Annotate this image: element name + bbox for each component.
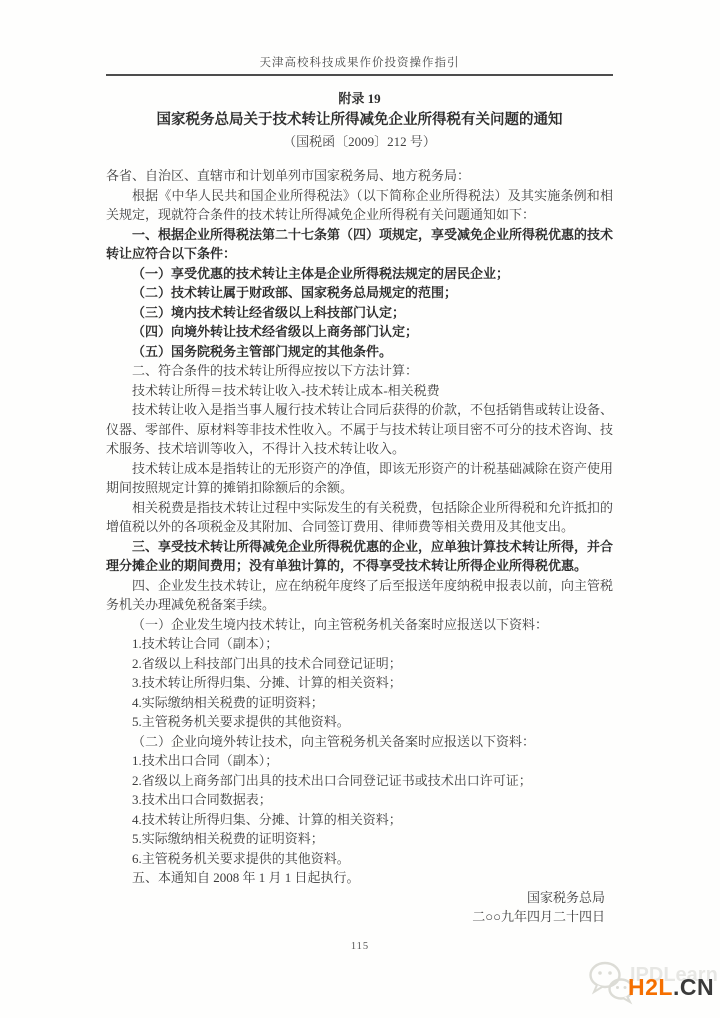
paragraph: 五、本通知自 2008 年 1 月 1 日起执行。	[106, 868, 613, 888]
paragraph: 技术转让成本是指转让的无形资产的净值，即该无形资产的计税基础减除在资产使用期间按…	[106, 459, 613, 498]
paragraph: 4.技术转让所得归集、分摊、计算的相关资料；	[106, 810, 613, 830]
page-number: 115	[0, 941, 720, 952]
paragraph: （一）企业发生境内技术转让，向主管税务机关备案时应报送以下资料：	[106, 615, 613, 635]
booklet-header-title: 天津高校科技成果作价投资操作指引	[106, 0, 613, 70]
paragraph: （五）国务院税务主管部门规定的其他条件。	[106, 342, 613, 362]
paragraph: 技术转让收入是指当事人履行技术转让合同后获得的价款，不包括销售或转让设备、仪器、…	[106, 400, 613, 459]
paragraph: （三）境内技术转让经省级以上科技部门认定；	[106, 303, 613, 323]
watermark: IPDLearn H2L.CN	[588, 956, 720, 1012]
paragraph: （二）技术转让属于财政部、国家税务总局规定的范围；	[106, 283, 613, 303]
document-body: 各省、自治区、直辖市和计划单列市国家税务局、地方税务局： 根据《中华人民共和国企…	[106, 166, 613, 927]
document-number: （国税函〔2009〕212 号）	[106, 133, 613, 151]
paragraph: 根据《中华人民共和国企业所得税法》（以下简称企业所得税法）及其实施条例和相关规定…	[106, 186, 613, 225]
header-rule	[106, 74, 613, 76]
signature-date: 二○○九年四月二十四日	[106, 907, 605, 927]
paragraph: 2.省级以上商务部门出具的技术出口合同登记证书或技术出口许可证；	[106, 771, 613, 791]
paragraph: 技术转让所得＝技术转让收入-技术转让成本-相关税费	[106, 381, 613, 401]
document-title: 国家税务总局关于技术转让所得减免企业所得税有关问题的通知	[106, 110, 613, 130]
paragraph: 相关税费是指技术转让过程中实际发生的有关税费，包括除企业所得税和允许抵扣的增值税…	[106, 498, 613, 537]
watermark-brand: H2L.CN	[628, 974, 714, 1001]
paragraph: （四）向境外转让技术经省级以上商务部门认定；	[106, 322, 613, 342]
paragraph: （二）企业向境外转让技术，向主管税务机关备案时应报送以下资料：	[106, 732, 613, 752]
page-content: 天津高校科技成果作价投资操作指引 附录 19 国家税务总局关于技术转让所得减免企…	[106, 0, 613, 927]
appendix-label: 附录 19	[106, 90, 613, 108]
paragraph: 四、企业发生技术转让，应在纳税年度终了后至报送年度纳税申报表以前，向主管税务机关…	[106, 576, 613, 615]
signature-block: 国家税务总局 二○○九年四月二十四日	[106, 888, 613, 927]
paragraph: 一、根据企业所得税法第二十七条第（四）项规定，享受减免企业所得税优惠的技术转让应…	[106, 225, 613, 264]
watermark-brand-main: H2L	[628, 974, 673, 1000]
paragraph: 5.实际缴纳相关税费的证明资料；	[106, 829, 613, 849]
paragraph: 3.技术转让所得归集、分摊、计算的相关资料；	[106, 673, 613, 693]
paragraph: 各省、自治区、直辖市和计划单列市国家税务局、地方税务局：	[106, 166, 613, 186]
paragraph: 5.主管税务机关要求提供的其他资料。	[106, 712, 613, 732]
paragraph: 二、符合条件的技术转让所得应按以下方法计算：	[106, 361, 613, 381]
watermark-brand-suffix: .CN	[673, 974, 714, 1000]
paragraph: 1.技术出口合同（副本）；	[106, 751, 613, 771]
document-page: 天津高校科技成果作价投资操作指引 附录 19 国家税务总局关于技术转让所得减免企…	[0, 0, 720, 1018]
paragraph: 6.主管税务机关要求提供的其他资料。	[106, 849, 613, 869]
paragraph: 3.技术出口合同数据表；	[106, 790, 613, 810]
paragraph: （一）享受优惠的技术转让主体是企业所得税法规定的居民企业；	[106, 264, 613, 284]
paragraph: 三、享受技术转让所得减免企业所得税优惠的企业，应单独计算技术转让所得，并合理分摊…	[106, 537, 613, 576]
signature-issuer: 国家税务总局	[106, 888, 605, 908]
paragraph: 4.实际缴纳相关税费的证明资料；	[106, 693, 613, 713]
paragraph: 2.省级以上科技部门出具的技术合同登记证明；	[106, 654, 613, 674]
paragraph: 1.技术转让合同（副本）；	[106, 634, 613, 654]
